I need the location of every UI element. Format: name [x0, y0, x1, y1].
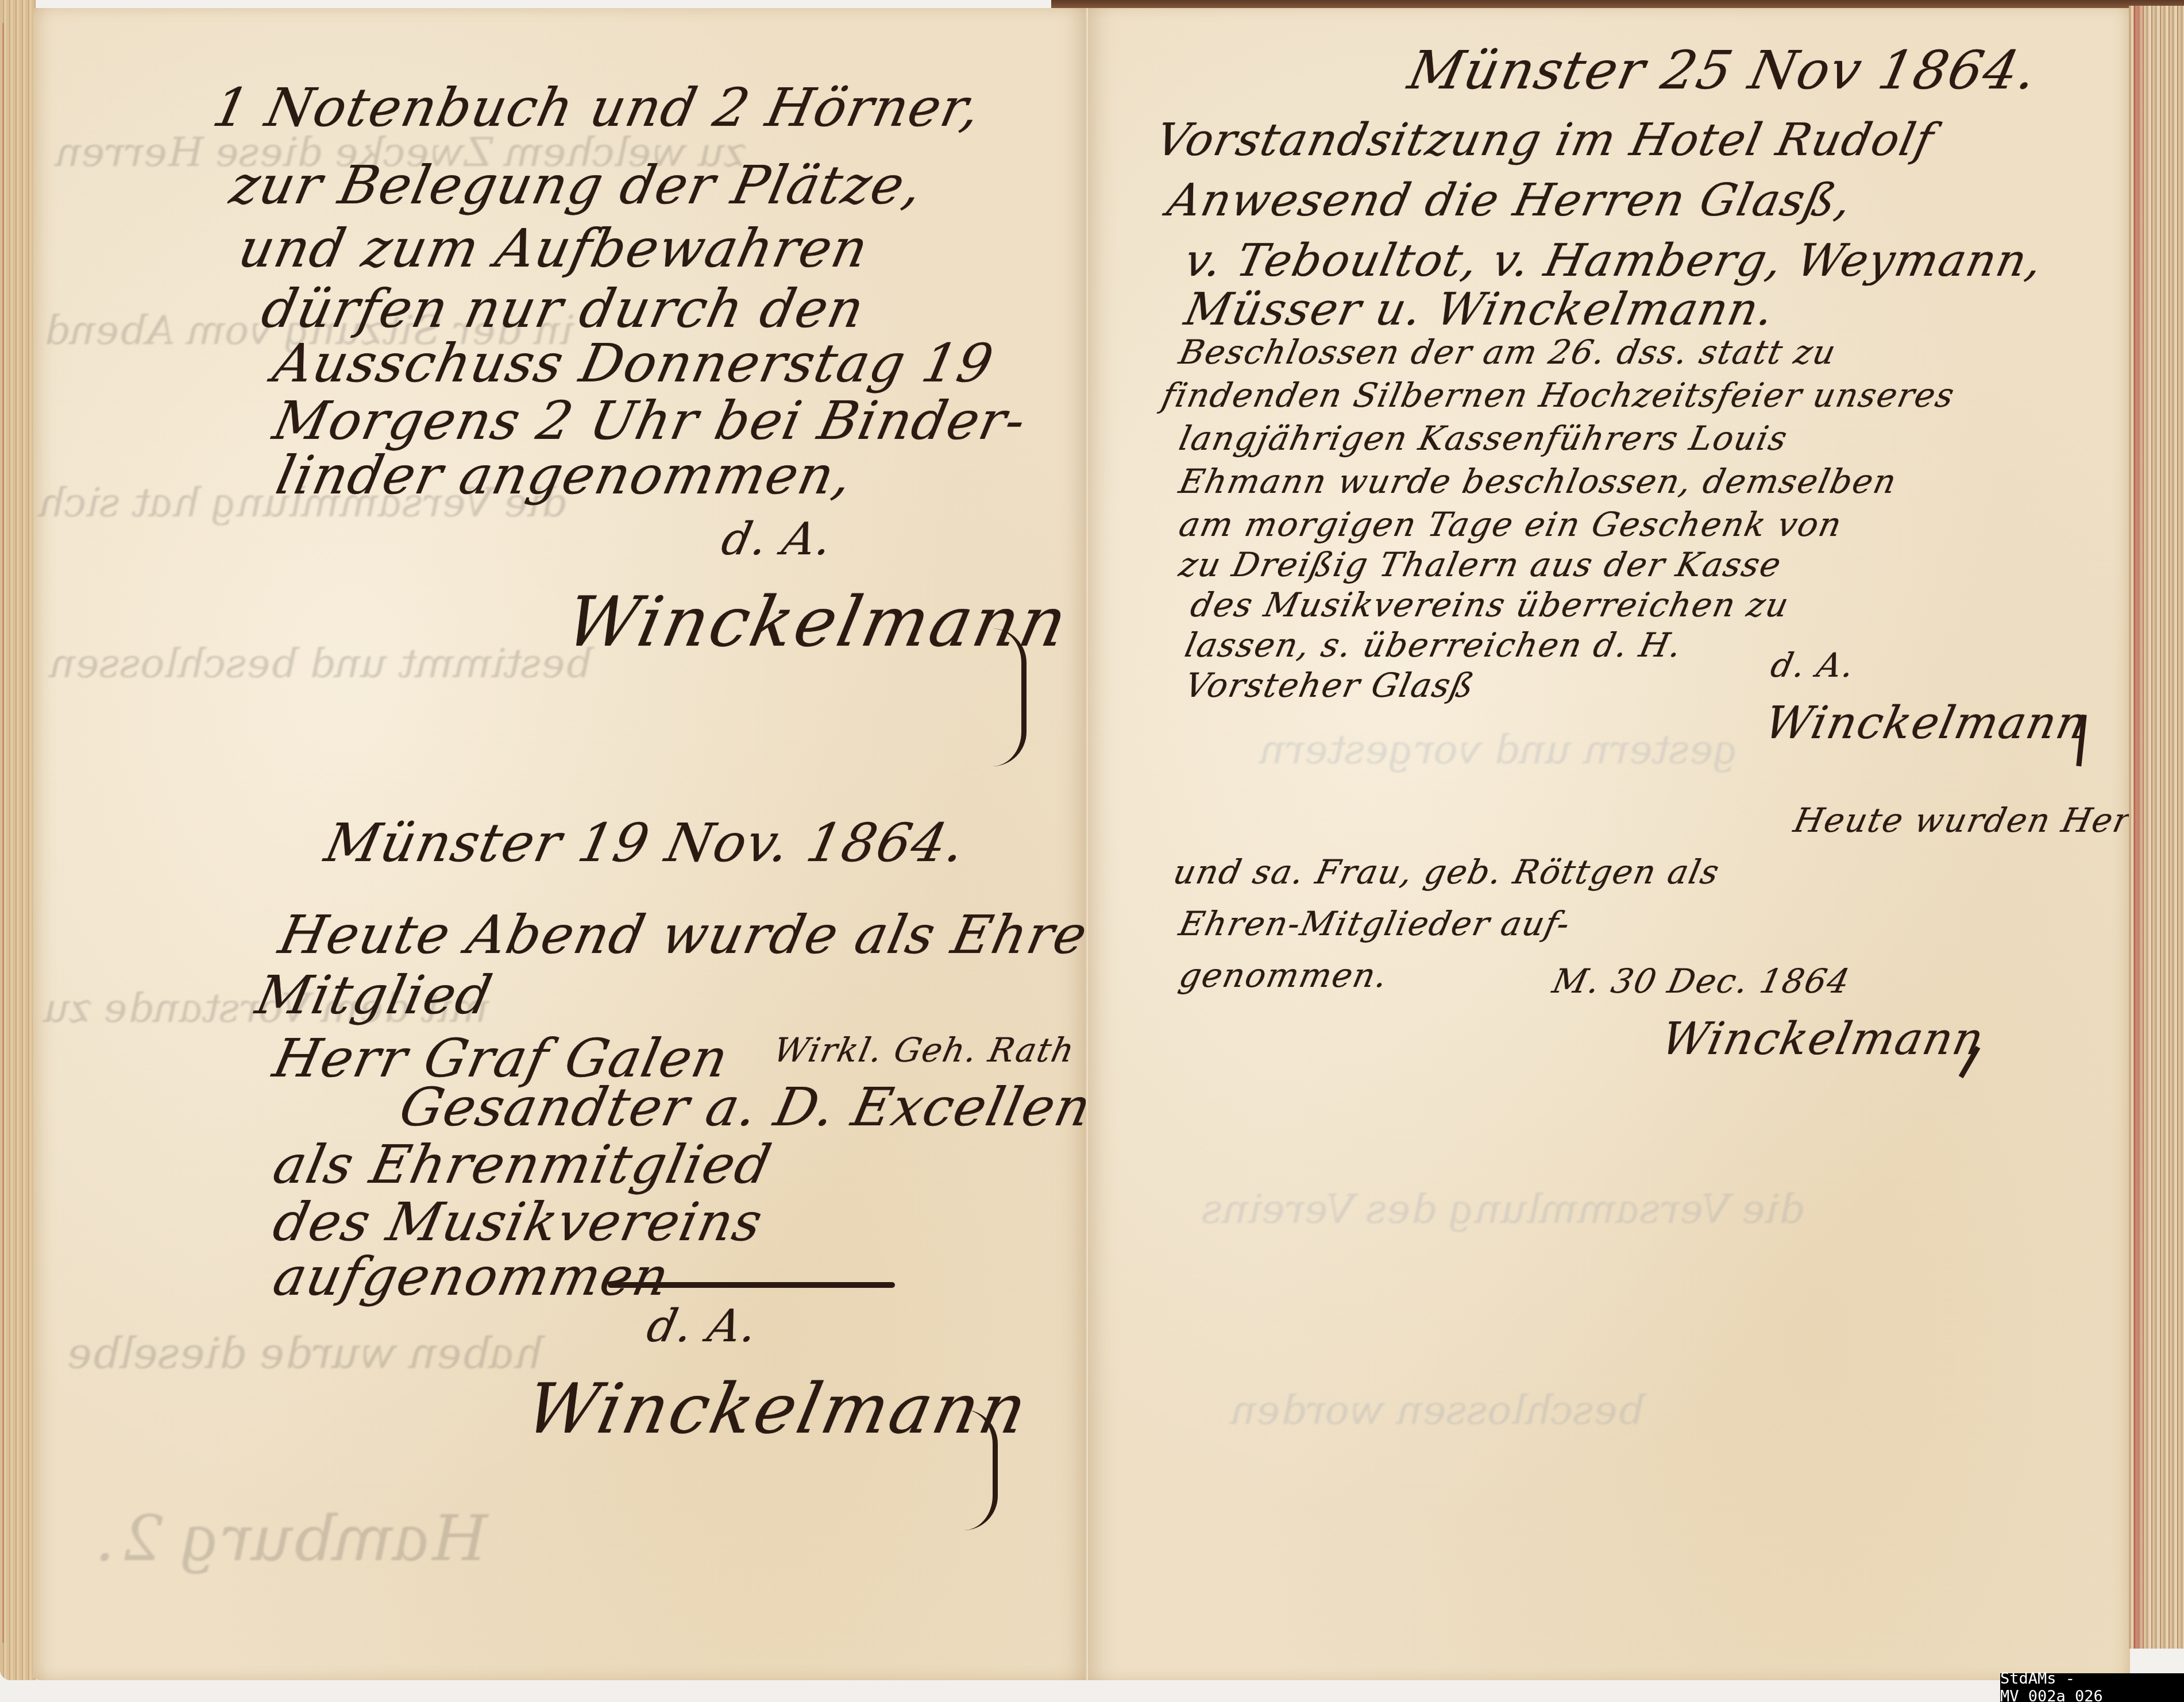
handwritten-line: Anwesend die Herren Glasß, — [1163, 175, 1857, 226]
handwritten-line: v. Teboultot, v. Hamberg, Weymann, — [1180, 235, 2048, 287]
bleed-through-text: gestern und vorgestern — [1251, 726, 1749, 773]
handwritten-line: Vorsteher Glasß — [1182, 666, 1479, 705]
scan-background — [0, 1680, 2184, 1702]
bleed-through-text: Hamburg 2. — [87, 1502, 502, 1575]
handwritten-line: als Ehrenmitglied — [268, 1134, 777, 1195]
closing-abbreviation: d. A. — [1768, 646, 1859, 685]
handwritten-line: aufgenommen — [268, 1246, 676, 1307]
handwritten-line: zu Dreißig Thalern aus der Kasse — [1176, 545, 1785, 584]
handwritten-line: Ehmann wurde beschlossen, demselben — [1176, 462, 1901, 501]
signature: Winckelmann — [1657, 1013, 1989, 1065]
entry-heading-date: Münster 25 Nov 1864. — [1403, 40, 2043, 101]
closing-abbreviation: d. A. — [717, 514, 838, 565]
bleed-through-text: beschlossen worden — [1222, 1387, 1654, 1434]
signature-flourish — [981, 628, 1027, 766]
handwritten-line: des Musikvereins — [268, 1191, 769, 1253]
signature: Winckelmann — [1760, 697, 2092, 749]
handwritten-line: 1 Notenbuch und 2 Hörner, — [208, 77, 987, 138]
left-page: zu welchem Zwecke diese Herren in der Si… — [33, 8, 1088, 1680]
left-page-edges — [0, 0, 36, 1680]
handwritten-line: langjährigen Kassenführers Louis — [1176, 419, 1792, 458]
handwritten-line: genommen. — [1176, 956, 1392, 995]
handwritten-line: dürfen nur durch den — [257, 278, 870, 339]
handwritten-line: Morgens 2 Uhr bei Binder- — [268, 390, 1032, 451]
red-edge-stain — [2, 23, 4, 1643]
handwritten-line: Ausschuss Donnerstag 19 — [268, 333, 1000, 394]
handwritten-line: Heute Abend wurde als Ehren- — [274, 904, 1148, 966]
right-page-edges — [2129, 6, 2184, 1649]
handwritten-line: Gesandter a. D. Excellenz — [395, 1076, 1126, 1138]
handwritten-line: und sa. Frau, geb. Röttgen als — [1170, 852, 1724, 891]
handwritten-line: am morgigen Tage ein Geschenk von — [1176, 505, 1846, 544]
open-book-scan: zu welchem Zwecke diese Herren in der Si… — [0, 0, 2184, 1702]
underline-stroke — [608, 1282, 895, 1288]
right-page: gestern und vorgestern die Versammlung d… — [1088, 8, 2130, 1680]
handwritten-line: Mitglied — [251, 964, 498, 1026]
bleed-through-text: haben wurde dieselbe — [58, 1329, 553, 1379]
margin-note: Wirkl. Geh. Rath — [770, 1031, 1079, 1070]
entry-heading-date: Münster 19 Nov. 1864. — [320, 812, 971, 874]
handwritten-line: Ehren-Mitglieder auf- — [1176, 904, 1575, 943]
signature-flourish — [952, 1410, 998, 1530]
handwritten-line: Müsser u. Winckelmann. — [1180, 284, 1779, 335]
handwritten-line: Heute wurden Herr Hauptmann Röttgen — [1791, 801, 2184, 840]
handwritten-line: linder angenommen, — [271, 445, 859, 506]
handwritten-line: des Musikvereins überreichen zu — [1187, 585, 1793, 624]
handwritten-line: Beschlossen der am 26. dss. statt zu — [1176, 333, 1840, 372]
archive-watermark-label: StdAMs - MV_002a_026 — [2000, 1673, 2184, 1702]
handwritten-line: und zum Aufbewahren — [234, 218, 874, 279]
handwritten-line: zur Belegung der Plätze, — [225, 155, 929, 216]
bleed-through-text: bestimmt und beschlossen — [41, 640, 601, 687]
closing-abbreviation: d. A. — [642, 1300, 763, 1352]
handwritten-line: lassen, s. überreichen d. H. — [1182, 626, 1686, 665]
handwritten-line: Vorstandsitzung im Hotel Rudolf — [1151, 114, 1939, 166]
bleed-through-text: die Versammlung des Vereins — [1193, 1186, 1814, 1233]
entry-date: M. 30 Dec. 1864 — [1549, 962, 1854, 1001]
handwritten-line: findenden Silbernen Hochzeitsfeier unser… — [1159, 376, 1959, 415]
